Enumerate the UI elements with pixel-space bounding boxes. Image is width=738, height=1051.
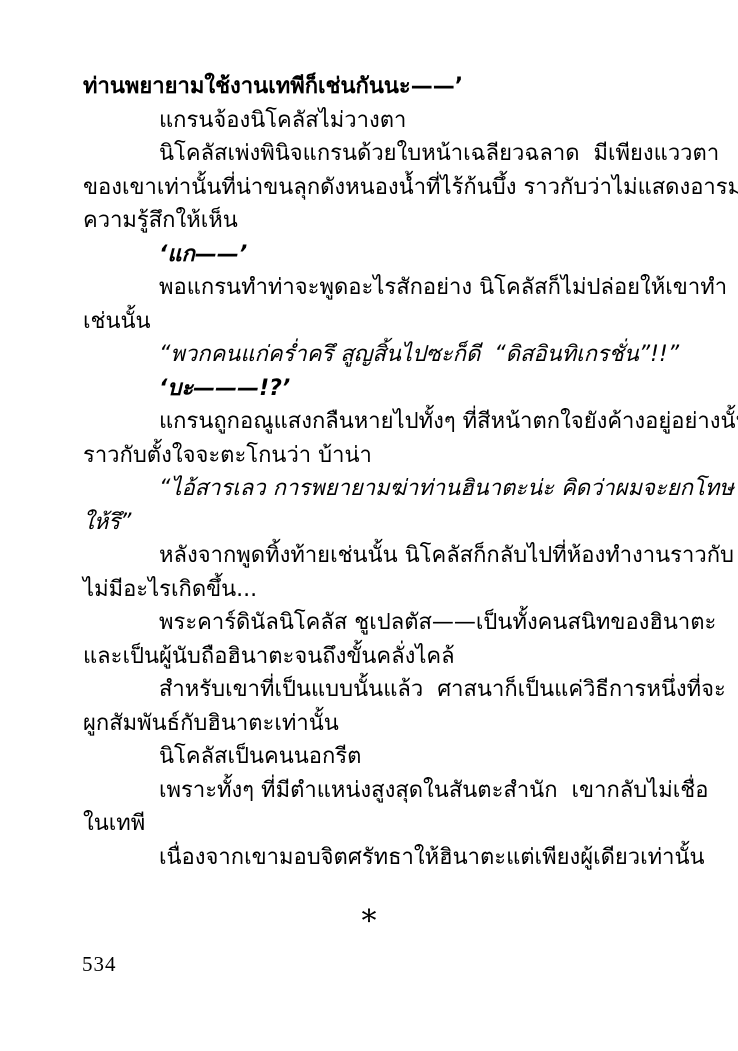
text-line: หลังจากพูดทิ้งท้ายเช่นนั้น นิโคลัสก็กลับ…	[83, 539, 663, 573]
text-line: เช่นนั้น	[83, 305, 663, 339]
text-line: เนื่องจากเขามอบจิตศรัทธาให้ฮินาตะแต่เพีย…	[83, 841, 663, 875]
text-line: แกรนจ้องนิโคลัสไม่วางตา	[83, 104, 663, 138]
text-line: ความรู้สึกให้เห็น	[83, 204, 663, 238]
text-line: ผูกสัมพันธ์กับฮินาตะเท่านั้น	[83, 707, 663, 741]
text-block: ท่านพยายามใช้งานเทพีก็เช่นกันนะ——’แกรนจ้…	[83, 70, 663, 874]
text-line: ในเทพี	[83, 807, 663, 841]
text-line: นิโคลัสเป็นคนนอกรีต	[83, 740, 663, 774]
text-line: ‘แก——’	[83, 238, 663, 272]
section-separator-asterisk: *	[0, 905, 738, 939]
text-line: และเป็นผู้นับถือฮินาตะจนถึงขั้นคลั่งไคล้	[83, 640, 663, 674]
text-line: “ไอ้สารเลว การพยายามฆ่าท่านฮินาตะน่ะ คิด…	[83, 472, 663, 506]
text-line: “พวกคนแก่คร่ำครึ สูญสิ้นไปซะก็ดี “ดิสอิน…	[83, 338, 663, 372]
page-number: 534	[82, 952, 117, 977]
text-line: พระคาร์ดินัลนิโคลัส ชูเปลตัส——เป็นทั้งคน…	[83, 606, 663, 640]
text-line: ไม่มีอะไรเกิดขึ้น...	[83, 573, 663, 607]
text-line: สำหรับเขาที่เป็นแบบนั้นแล้ว ศาสนาก็เป็นแ…	[83, 673, 663, 707]
text-line: เพราะทั้งๆ ที่มีตำแหน่งสูงสุดในสันตะสำนั…	[83, 774, 663, 808]
text-line: ของเขาเท่านั้นที่น่าขนลุกดังหนองน้ำที่ไร…	[83, 171, 663, 205]
text-line: พอแกรนทำท่าจะพูดอะไรสักอย่าง นิโคลัสก็ไม…	[83, 271, 663, 305]
text-line: ให้รึ”	[83, 506, 663, 540]
text-line: ราวกับตั้งใจจะตะโกนว่า บ้าน่า	[83, 439, 663, 473]
text-line: ท่านพยายามใช้งานเทพีก็เช่นกันนะ——’	[83, 70, 663, 104]
text-line: ‘บะ———!?’	[83, 372, 663, 406]
book-page: ท่านพยายามใช้งานเทพีก็เช่นกันนะ——’แกรนจ้…	[0, 0, 738, 1051]
text-line: นิโคลัสเพ่งพินิจแกรนด้วยใบหน้าเฉลียวฉลาด…	[83, 137, 663, 171]
text-line: แกรนถูกอณูแสงกลืนหายไปทั้งๆ ที่สีหน้าตกใ…	[83, 405, 663, 439]
